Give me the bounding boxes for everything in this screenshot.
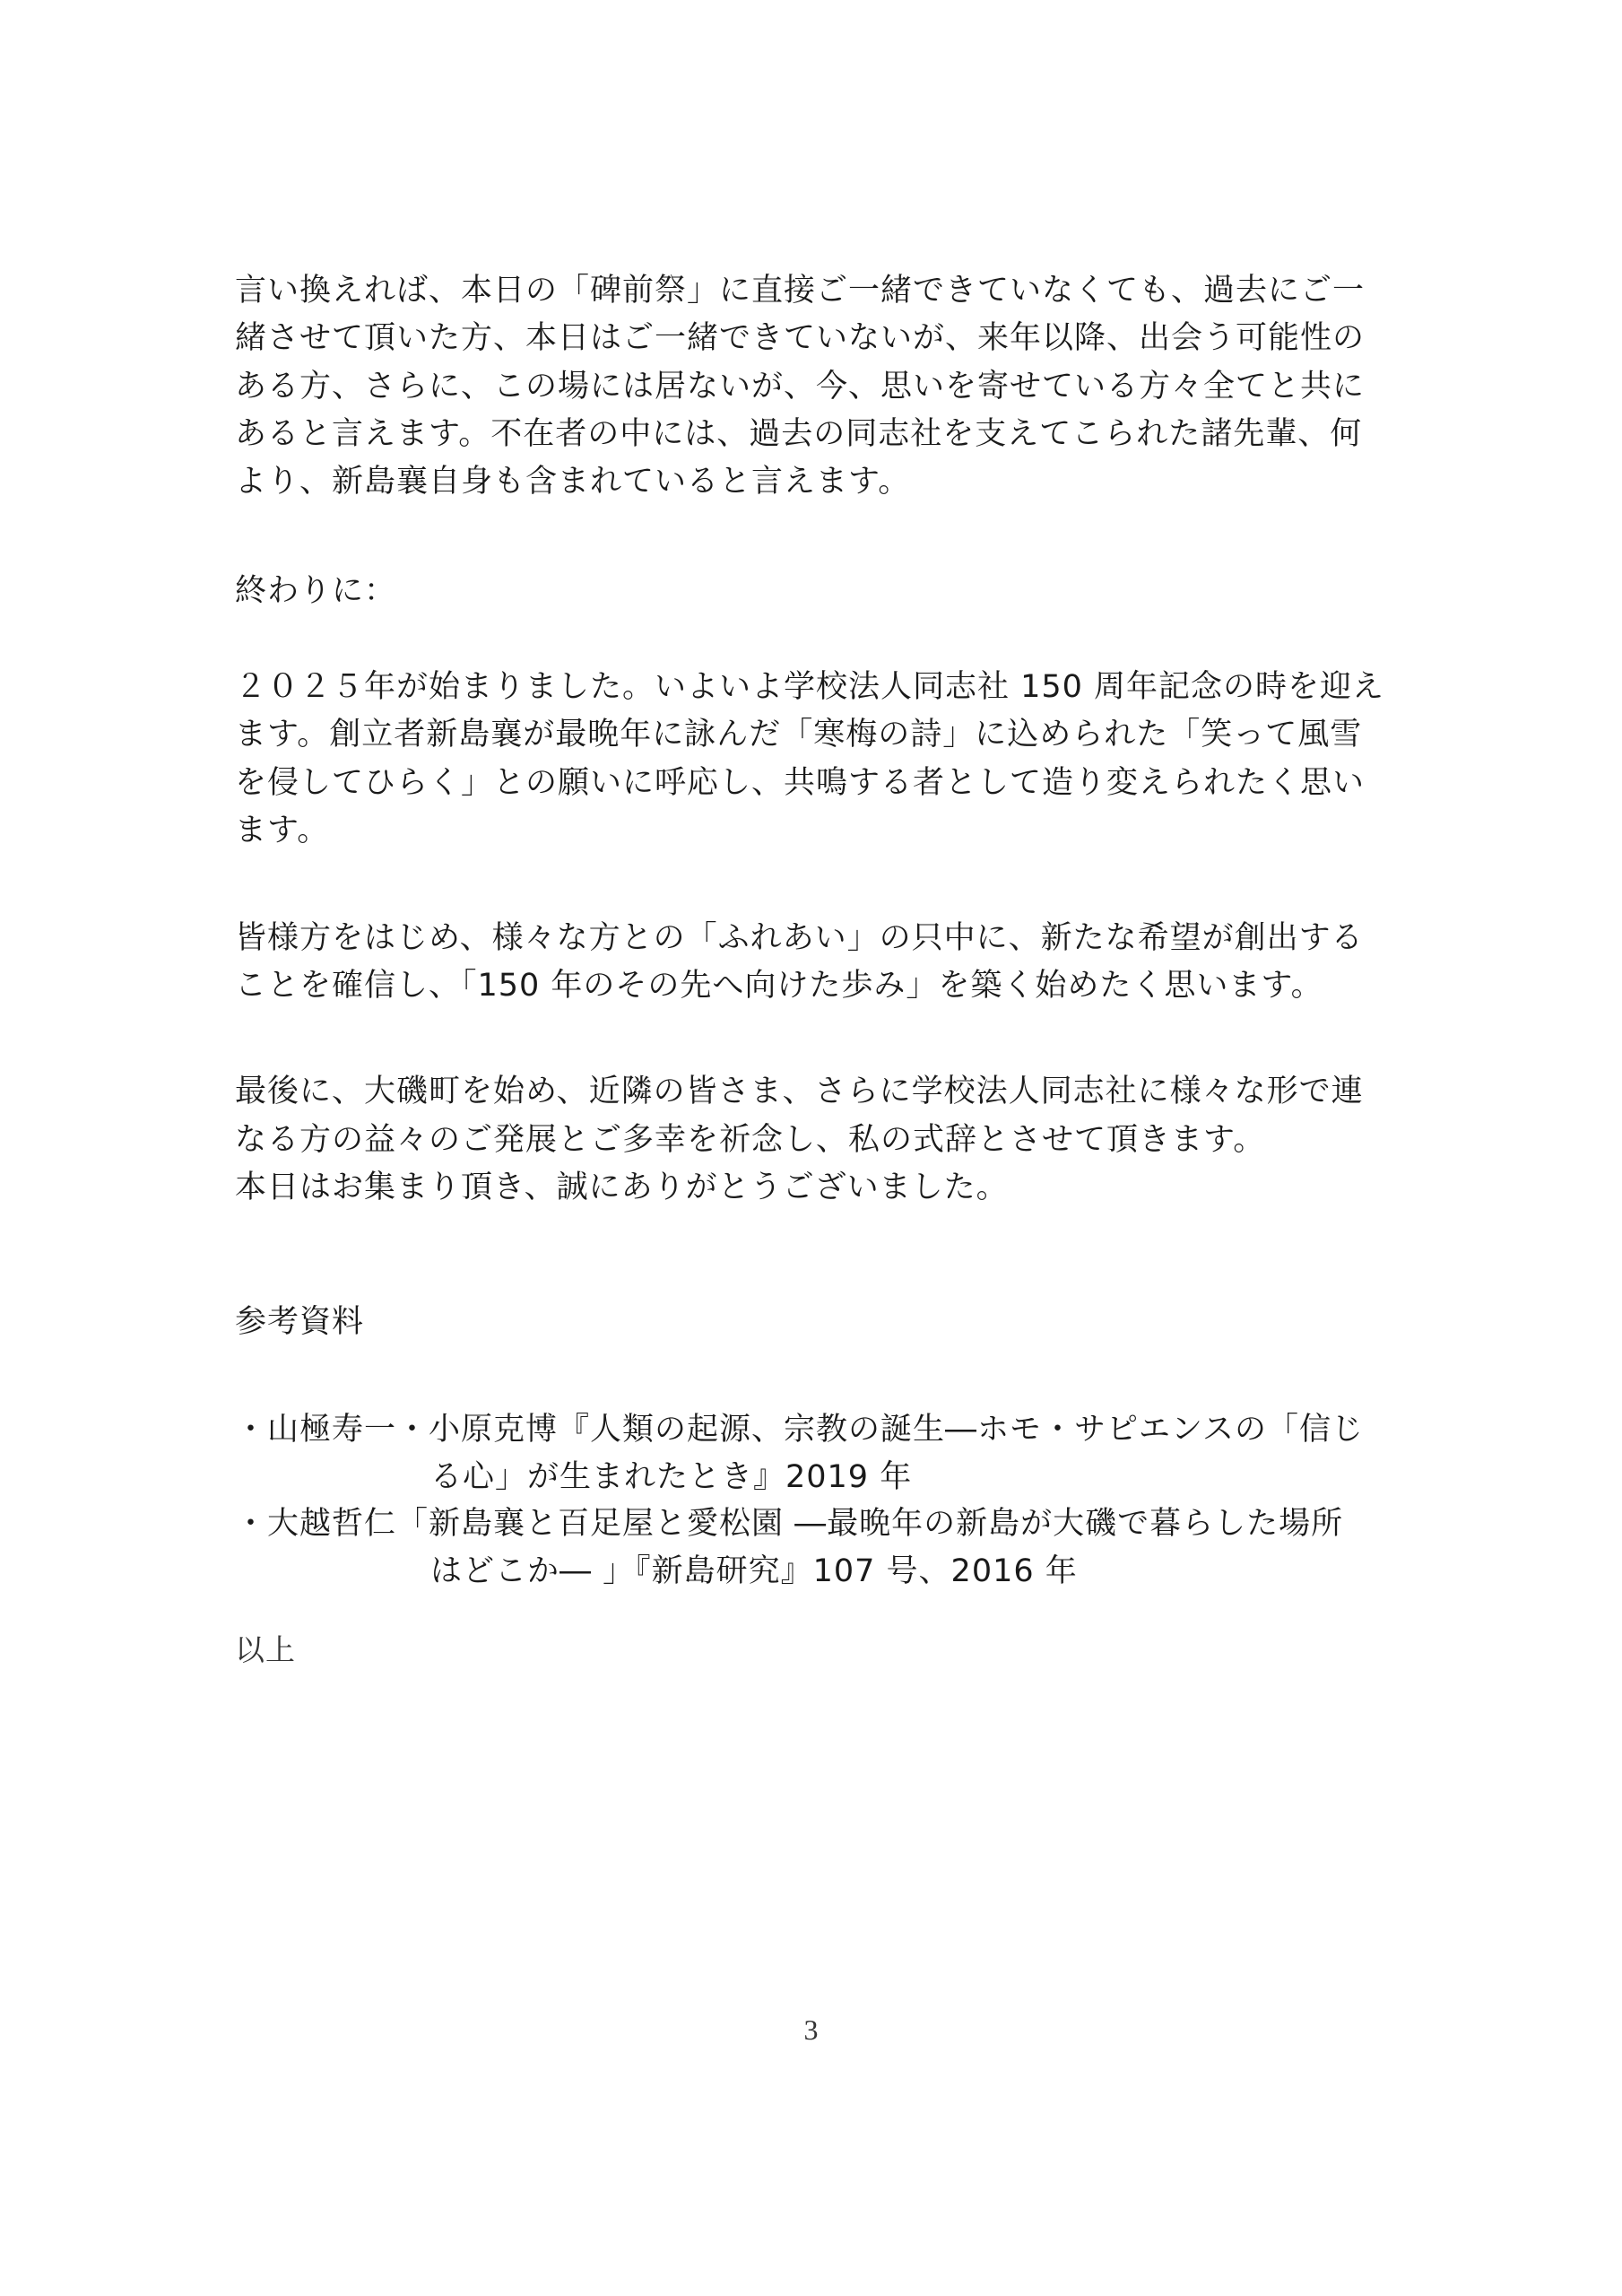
text-line: を侵してひらく」との願いに呼応し、共鳴する者として造り変えられたく思い (235, 760, 1378, 807)
text-line: ことを確信し、「150 年のその先へ向けた歩み」を築く始めたく思います。 (235, 962, 1378, 1010)
section-heading-closing: 終わりに： (235, 568, 1378, 615)
text-line: 本日はお集まり頂き、誠にありがとうございました。 (235, 1164, 1378, 1212)
text-line: ある方、さらに、この場には居ないが、今、思いを寄せている方々全てと共に (235, 363, 1378, 411)
text-line: 皆様方をはじめ、様々な方との「ふれあい」の只中に、新たな希望が創出する (235, 915, 1378, 962)
references-heading: 参考資料 (235, 1299, 1378, 1346)
end-mark: 以上 (235, 1626, 1378, 1674)
page-number: 3 (0, 2009, 1622, 2050)
text-line: 言い換えれば、本日の「碑前祭」に直接ご一緒できていなくても、過去にご一 (235, 267, 1378, 315)
text-line: なる方の益々のご発展とご多幸を祈念し、私の式辞とさせて頂きます。 (235, 1117, 1378, 1164)
text-line: 最後に、大磯町を始め、近隣の皆さま、さらに学校法人同志社に様々な形で連 (235, 1068, 1378, 1116)
text-line: ます。創立者新島襄が最晩年に詠んだ「寒梅の詩」に込められた「笑って風雪 (235, 711, 1378, 759)
reference-continuation: はどこか― 」『新島研究』107 号、2016 年 (430, 1548, 1381, 1596)
text-line: より、新島襄自身も含まれていると言えます。 (235, 458, 1378, 506)
reference-first-line: ・大越哲仁「新島襄と百足屋と愛松園 ―最晩年の新島が大磯で暮らした場所 (235, 1500, 1378, 1548)
text-line: ます。 (235, 807, 1378, 855)
reference-continuation: る心」が生まれたとき』2019 年 (430, 1454, 1381, 1501)
document-page: 言い換えれば、本日の「碑前祭」に直接ご一緒できていなくても、過去にご一 緒させて… (0, 0, 1622, 2296)
text-line: 緒させて頂いた方、本日はご一緒できていないが、来年以降、出会う可能性の (235, 315, 1378, 362)
text-line: あると言えます。不在者の中には、過去の同志社を支えてこられた諸先輩、何 (235, 411, 1378, 458)
reference-first-line: ・山極寿一・小原克博『人類の起源、宗教の誕生―ホモ・サピエンスの「信じ (235, 1406, 1378, 1454)
text-line: ２０２５年が始まりました。いよいよ学校法人同志社 150 周年記念の時を迎え (235, 664, 1378, 711)
